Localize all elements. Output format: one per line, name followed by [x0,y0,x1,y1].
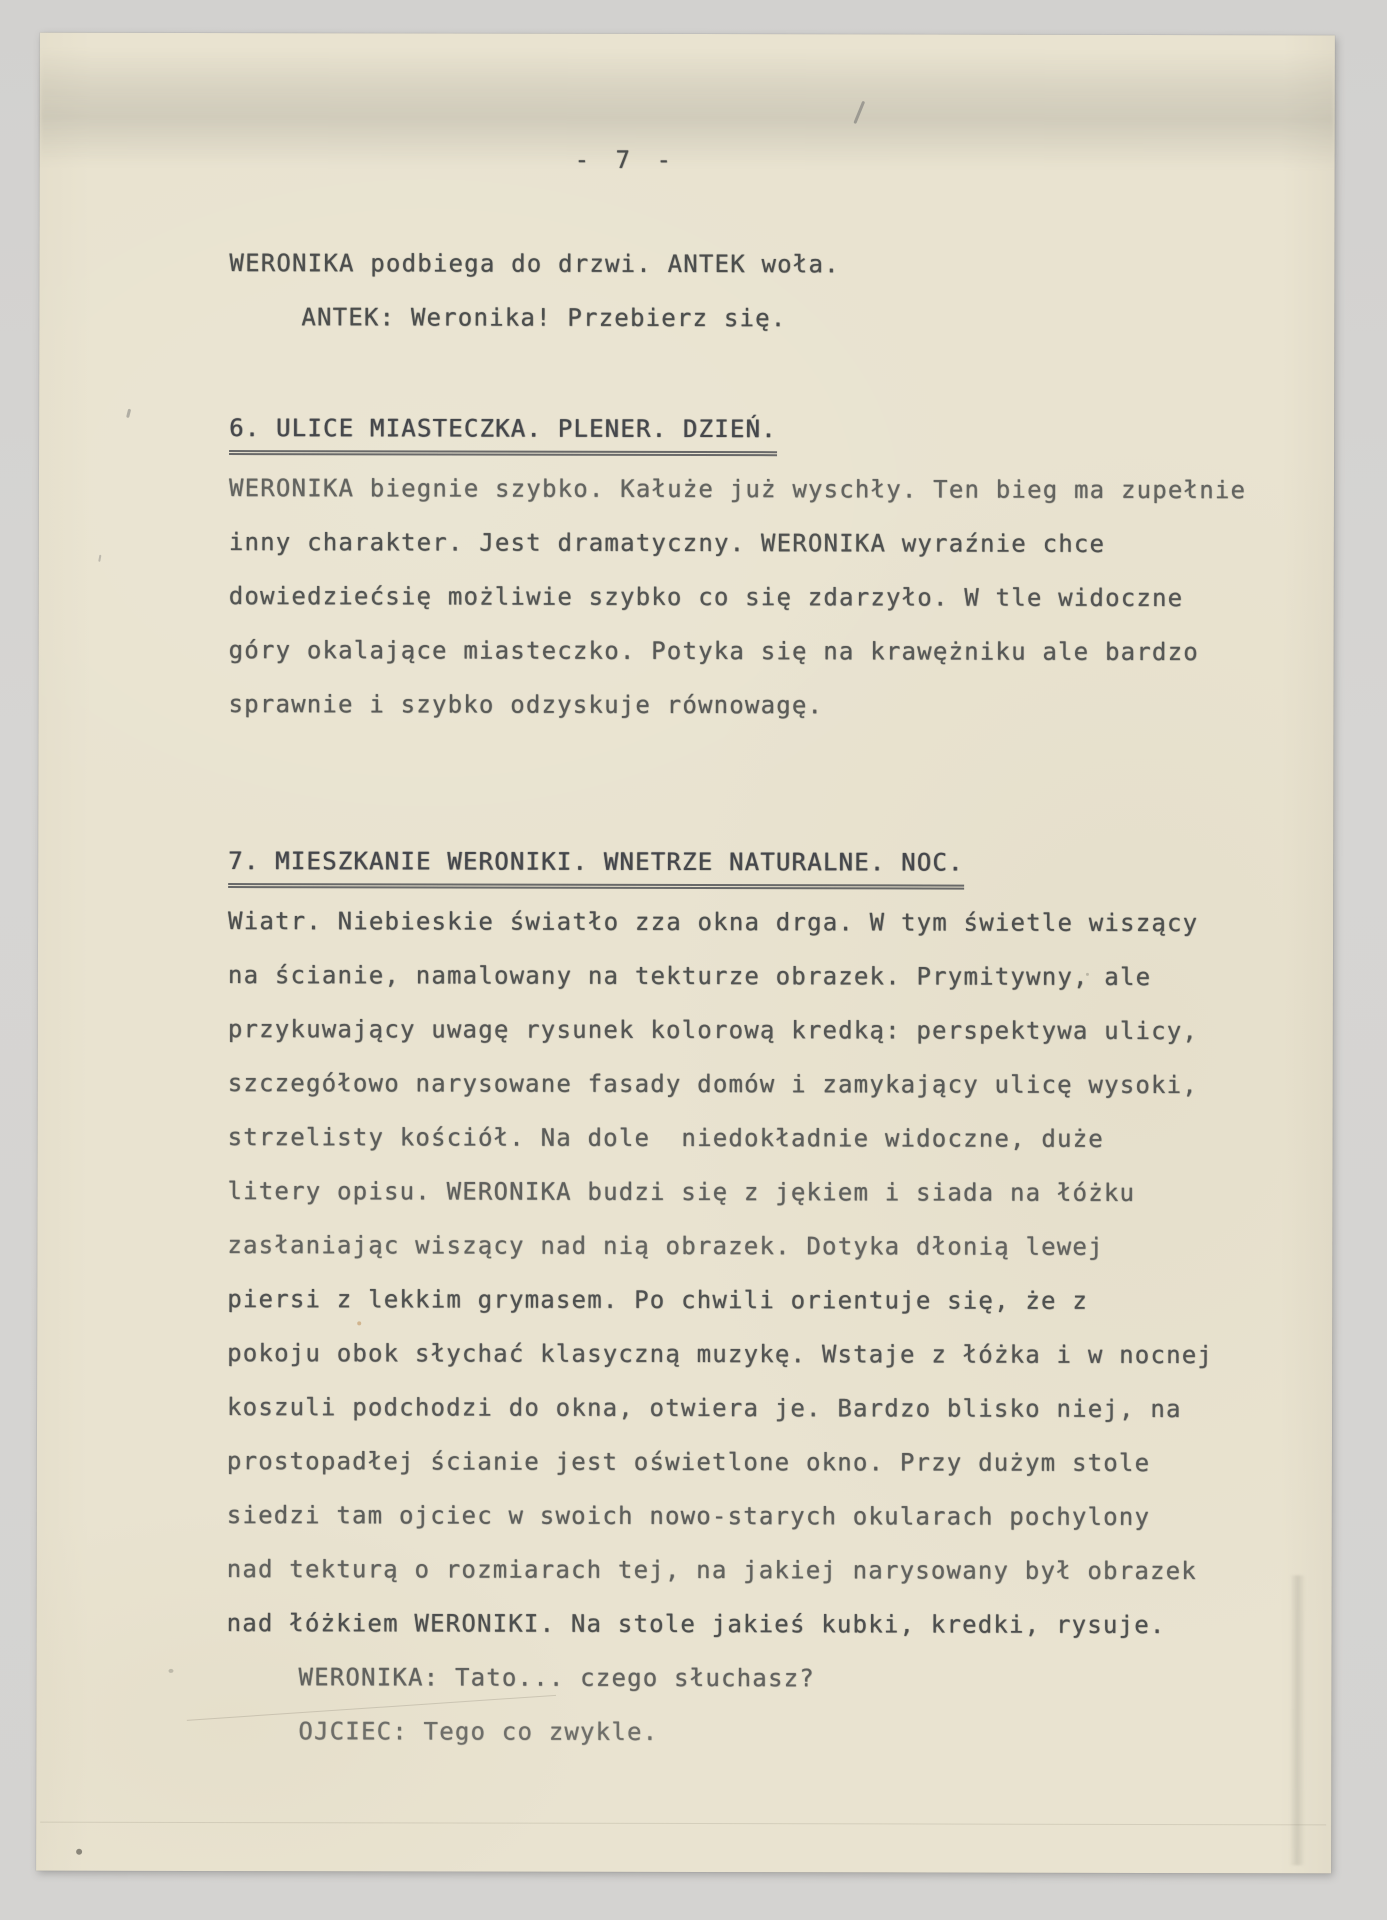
dialogue-line: ANTEK: Weronika! Przebierz się. [229,290,1334,346]
scene-section: 7. MIESZKANIE WERONIKI. WNETRZE NATURALN… [36,836,1333,1761]
dialogue-line: OJCIEC: Tego co zwykle. [226,1704,1331,1760]
action-line: szczegółowo narysowane fasady domów i za… [228,1056,1333,1112]
scene-heading-text: 6. ULICE MIASTECZKA. PLENER. DZIEŃ. [229,409,777,456]
intro-block: WERONIKA podbiega do drzwi. ANTEK woła. … [39,236,1334,347]
scanner-background: - 7 - WERONIKA podbiega do drzwi. ANTEK … [0,0,1387,1920]
typewritten-text-layer: - 7 - WERONIKA podbiega do drzwi. ANTEK … [36,33,1335,1874]
dialogue-line: WERONIKA: Tato... czego słuchasz? [226,1650,1331,1706]
scene-section: 6. ULICE MIASTECZKA. PLENER. DZIEŃ.WERON… [38,403,1334,734]
action-line: przykuwający uwagę rysunek kolorową kred… [228,1002,1333,1058]
action-line: pokoju obok słychać klasyczną muzykę. Ws… [227,1326,1332,1382]
scene-heading: 6. ULICE MIASTECZKA. PLENER. DZIEŃ. [229,403,1334,459]
action-line: na ścianie, namalowany na tekturze obraz… [228,948,1333,1004]
action-line: WERONIKA podbiega do drzwi. ANTEK woła. [229,236,1334,292]
document-page: - 7 - WERONIKA podbiega do drzwi. ANTEK … [36,33,1335,1874]
action-line: piersi z lekkim grymasem. Po chwili orie… [227,1272,1332,1328]
action-line: góry okalające miasteczko. Potyka się na… [229,623,1334,679]
action-line: dowiedziećsię możliwie szybko co się zda… [229,569,1334,625]
scene-heading: 7. MIESZKANIE WERONIKI. WNETRZE NATURALN… [228,836,1333,892]
page-number: - 7 - [575,133,1335,189]
action-line: sprawnie i szybko odzyskuje równowagę. [228,677,1333,733]
action-line: inny charakter. Jest dramatyczny. WERONI… [229,515,1334,571]
action-line: strzelisty kościół. Na dole niedokładnie… [228,1110,1333,1166]
scenes: 6. ULICE MIASTECZKA. PLENER. DZIEŃ.WERON… [36,403,1334,1761]
action-line: Wiatr. Niebieskie światło zza okna drga.… [228,894,1333,950]
action-line: koszuli podchodzi do okna, otwiera je. B… [227,1380,1332,1436]
action-line: zasłaniając wiszący nad nią obrazek. Dot… [227,1218,1332,1274]
action-line: prostopadłej ścianie jest oświetlone okn… [227,1434,1332,1490]
action-line: nad łóżkiem WERONIKI. Na stole jakieś ku… [227,1596,1332,1652]
action-line: siedzi tam ojciec w swoich nowo-starych … [227,1488,1332,1544]
action-line: WERONIKA biegnie szybko. Kałuże już wysc… [229,461,1334,517]
action-line: litery opisu. WERONIKA budzi się z jękie… [227,1164,1332,1220]
action-line: nad tekturą o rozmiarach tej, na jakiej … [227,1542,1332,1598]
scene-heading-text: 7. MIESZKANIE WERONIKI. WNETRZE NATURALN… [228,842,964,890]
